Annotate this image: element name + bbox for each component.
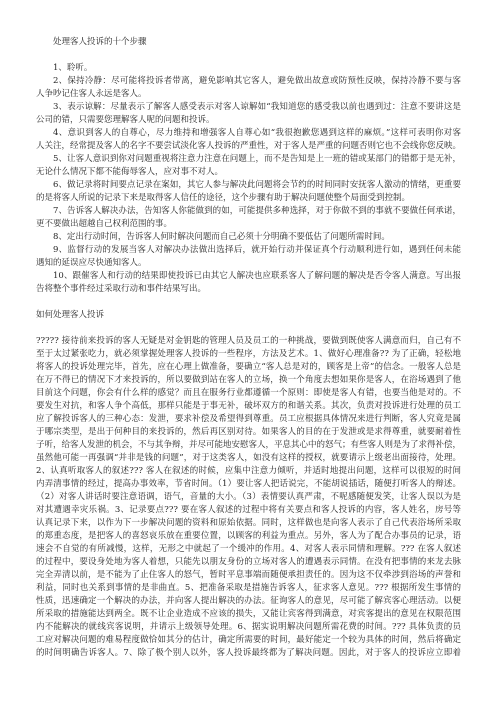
paragraph-line: 的时间明确告诉客人。7、除了极个别人以外，客人投诉最终都为了解决问题。因此，对于… xyxy=(36,647,461,660)
paragraph-line: 的是将客人所说的记录下来是取得客人信任的途径，这个步骤有助于解决问题使整个局面受… xyxy=(36,192,461,205)
section-heading: 如何处理客人投诉 xyxy=(36,309,461,322)
paragraph-line: 将客人的投诉处理完毕，首先，应在心理上做准备，要确立“客人总是对的，顾客是上帝”… xyxy=(36,361,461,374)
step-paragraph-3: 3、表示谅解：尽量表示了解客人感受表示对客人谅解如“我知道您的感受我以前也遇到过… xyxy=(36,101,461,127)
paragraph-line: 在万不得已的情况下才来投诉的，所以要做到站在客人的立场，换一个角度去想如果你是客… xyxy=(36,374,461,387)
section2-paragraph: ????? 接待前来投诉的客人无疑是对金钥匙的管理人员及员工的一种挑战，要做到既… xyxy=(36,335,461,660)
paragraph-line: 1、聆听。 xyxy=(36,62,461,75)
paragraph-line: 虽然他可能一再强调“并非是钱的问题”，对于这类客人，如没有这样的授权，就要请示上… xyxy=(36,452,461,465)
paragraph-line: 人关注，经常提及客人的名字不要尝试淡化客人投诉的严重性，对于客人是严重的问题否则… xyxy=(36,140,461,153)
step-paragraph-10: 10、跟催客人和行动的结果即使投诉已由其它人解决也应联系客人了解问题的解决是否令… xyxy=(36,270,461,296)
step-paragraph-6: 6、做记录将时间要点记录在案如，其它人参与解决此问题将会节约的时间同时安抚客人激… xyxy=(36,179,461,205)
paragraph-line: 2、认真听取客人的叙述??? 客人在叙述的时候，应集中注意力倾听，并适时地提出问… xyxy=(36,465,461,478)
paragraph-line: 于哪宗类型，是出于何种目的来投诉的，然后再区别对待。如果客人的目的在于发泄或是求… xyxy=(36,426,461,439)
paragraph-line: ????? 接待前来投诉的客人无疑是对金钥匙的管理人员及员工的一种挑战，要做到既… xyxy=(36,335,461,348)
paragraph-line: 公司的错，只需要您理解客人呢的问题和投诉。 xyxy=(36,114,461,127)
paragraph-line: 4、意识到客人的自尊心，尽力维持和增强客人自尊心如“我很抱歉您遇到这样的麻烦。”… xyxy=(36,127,461,140)
paragraph-line: 的郑重态度，是把客人的喜怒哀乐放在重要位置，以顾客的利益为重点。另外，客人为了配… xyxy=(36,530,461,543)
paragraph-line: 利益，同时也关系到事情的是非曲直。5、把准备采取是措施告诉客人，征求客人意见。?… xyxy=(36,582,461,595)
step-paragraph-2: 2、保持冷静：尽可能将投诉者带离，避免影响其它客人，避免做出故意或防预性反映，保… xyxy=(36,75,461,101)
step-paragraph-7: 7、告诉客人解决办法，告知客人你能做到的如，可能提供多种选择，对于你做不到的事就… xyxy=(36,205,461,231)
blank-line xyxy=(36,296,461,309)
paragraph-line: 更不要做出超越自己权利范围的事。 xyxy=(36,218,461,231)
paragraph-line: 性质，迅速确定一个解决的办法，并向客人提出解决的办法。征询客人的意见，尽可能了解… xyxy=(36,595,461,608)
document-page: 处理客人投诉的十个步骤 1、聆听。 2、保持冷静：尽可能将投诉者带离，避免影响其… xyxy=(0,0,496,702)
blank-line xyxy=(36,49,461,62)
paragraph-line: 应了解投诉客人的三种心态：发泄，要求补偿及希望得到尊重。员工应根据具体情况来进行… xyxy=(36,413,461,426)
paragraph-line: 目前这个问题，你会有什么样的感觉？而且在服务行业都遵循一个原则：即使是客人有错，… xyxy=(36,387,461,400)
paragraph-line: 要发生对抗，和客人争个高低，那样只能是于事无补，破坏双方的和谐关系。其次，负责对… xyxy=(36,400,461,413)
document-body: 处理客人投诉的十个步骤 1、聆听。 2、保持冷静：尽可能将投诉者带离，避免影响其… xyxy=(36,36,461,660)
paragraph-line: 无论什么情况下都不能侮辱客人，应对事不对人。 xyxy=(36,166,461,179)
paragraph-line: 工应对解决问题的难易程度做恰如其分的估计，确定所需要的时间，最好能定一个较为具体… xyxy=(36,634,461,647)
paragraph-line: 速会不自觉的有所减慢，这样，无形之中就起了一个缓冲的作用。4、对客人表示同情和理… xyxy=(36,543,461,556)
step-paragraph-9: 9、监督行动的发展当客人对解决办法做出选择后，就开始行动并保证真个行动顺利进行如… xyxy=(36,244,461,270)
paragraph-line: 9、监督行动的发展当客人对解决办法做出选择后，就开始行动并保证真个行动顺利进行如… xyxy=(36,244,461,257)
paragraph-line: 子听，给客人发泄的机会，不与其争辩，并尽可能地安慰客人，平息其心中的怒气；有些客… xyxy=(36,439,461,452)
document-title: 处理客人投诉的十个步骤 xyxy=(36,36,461,49)
paragraph-line: 7、告诉客人解决办法，告知客人你能做到的如，可能提供多种选择，对于你做不到的事就… xyxy=(36,205,461,218)
paragraph-line: （2）对客人讲话时要注意语调，语气，音量的大小。（3）表情要认真严肃，不呢感随便… xyxy=(36,491,461,504)
paragraph-line: 6、做记录将时间要点记录在案如，其它人参与解决此问题将会节约的时间同时安抚客人激… xyxy=(36,179,461,192)
paragraph-line: 内弄清事情的经过，提高办事效率，节省时间。（1）要让客人把话说完，不能胡说插话，… xyxy=(36,478,461,491)
step-paragraph-8: 8、定出行动时间，告诉客人何时解决问题而自己必须十分明确不要低估了问题所需时间。 xyxy=(36,231,461,244)
step-paragraph-4: 4、意识到客人的自尊心，尽力维持和增强客人自尊心如“我很抱歉您遇到这样的麻烦。”… xyxy=(36,127,461,153)
step-paragraph-1: 1、聆听。 xyxy=(36,62,461,75)
paragraph-line: 认真记录下来，以作为下一步解决问题的资料和原始依据。同时，这样做也是向客人表示了… xyxy=(36,517,461,530)
paragraph-line: 2、保持冷静：尽可能将投诉者带离，避免影响其它客人，避免做出故意或防预性反映，保… xyxy=(36,75,461,88)
paragraph-line: 人争吵记住客人永远是客人。 xyxy=(36,88,461,101)
blank-line xyxy=(36,322,461,335)
paragraph-line: 10、跟催客人和行动的结果即使投诉已由其它人解决也应联系客人了解问题的解决是否令… xyxy=(36,270,461,283)
paragraph-line: 对其遭遇幸灾乐祸。3、记录要点??? 要在客人叙述的过程中将有关要点和客人投诉的… xyxy=(36,504,461,517)
paragraph-line: 遇知的延误应尽快通知客人。 xyxy=(36,257,461,270)
paragraph-line: 告将整个事件经过采取行动和事件结果写出。 xyxy=(36,283,461,296)
paragraph-line: 5、让客人意识到你对问题重视将注意力注意在问题上，而不是告知是上一班的错或某部门… xyxy=(36,153,461,166)
paragraph-line: 完全弄清以前，是不能为了止住客人的怒气，暂时平息事端而随便承担责任的。因为这不仅… xyxy=(36,569,461,582)
paragraph-line: 内不能解决的就线宾客说明，并请示上级领导处理。6、据实说明解决问题所需花费的时间… xyxy=(36,621,461,634)
paragraph-line: 的过程中，要设身处地为客人着想，只能先以朋友身份的立场对客人的遭遇表示同情。在没… xyxy=(36,556,461,569)
step-paragraph-5: 5、让客人意识到你对问题重视将注意力注意在问题上，而不是告知是上一班的错或某部门… xyxy=(36,153,461,179)
paragraph-line: 8、定出行动时间，告诉客人何时解决问题而自己必须十分明确不要低估了问题所需时间。 xyxy=(36,231,461,244)
paragraph-line: 3、表示谅解：尽量表示了解客人感受表示对客人谅解如“我知道您的感受我以前也遇到过… xyxy=(36,101,461,114)
paragraph-line: 至于太过紧张吃力，就必须掌握处理客人投诉的一些程序，方法及艺术。1、做好心理准备… xyxy=(36,348,461,361)
paragraph-line: 所采取的措施能达到两全。既不让企业造成不应该的损失，又能让宾客得到满意，对宾客提… xyxy=(36,608,461,621)
